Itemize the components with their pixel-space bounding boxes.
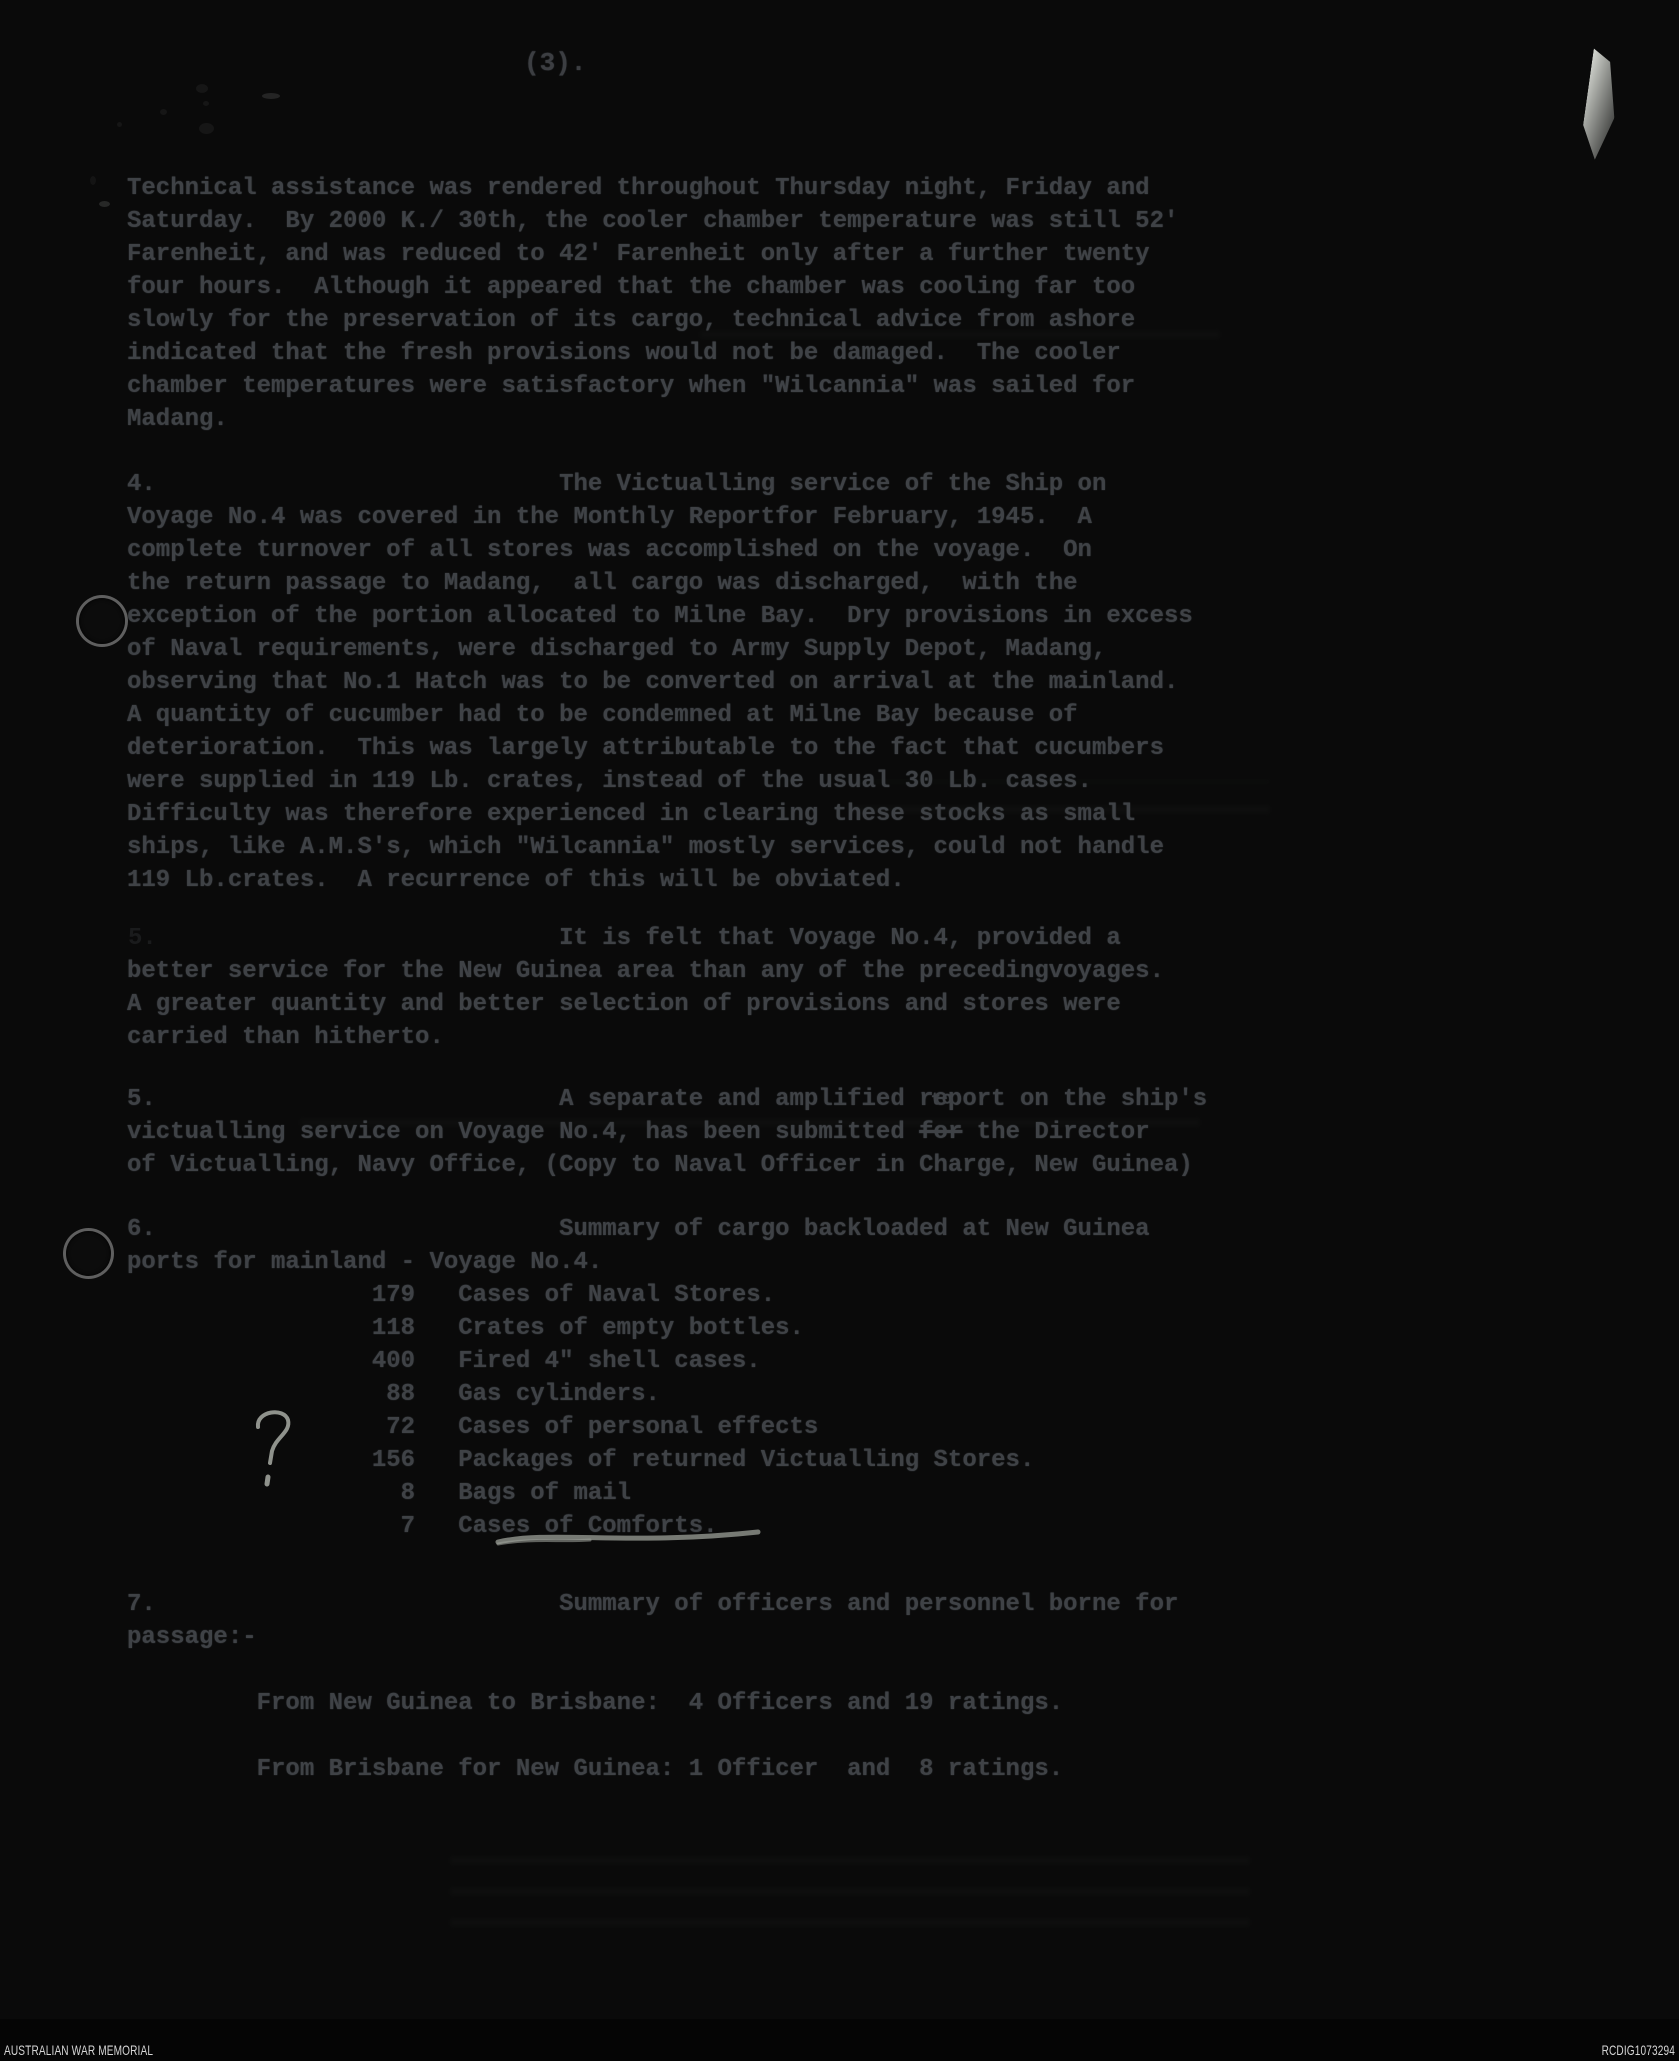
text-line: exception of the portion allocated to Mi… [127, 600, 1193, 633]
text-line: four hours. Although it appeared that th… [127, 271, 1178, 304]
text-line: 7. Summary of officers and personnel bor… [127, 1588, 1178, 1621]
ink-speck [203, 101, 209, 106]
text-line: 5. A separate and amplified report on th… [127, 1083, 1207, 1116]
text-line: the return passage to Madang, all cargo … [127, 567, 1193, 600]
footer-reference-id: RCDIG1073294 [1602, 2042, 1675, 2058]
text-line: chamber temperatures were satisfactory w… [127, 370, 1178, 403]
ink-speck [160, 109, 167, 115]
paragraph-unnumbered: It is felt that Voyage No.4, provided a … [127, 922, 1164, 1054]
pencil-question-mark [250, 1405, 300, 1495]
paragraph-intro: Technical assistance was rendered throug… [127, 172, 1178, 436]
ink-speck [90, 176, 96, 185]
text-line: It is felt that Voyage No.4, provided a [127, 922, 1164, 955]
text-line: better service for the New Guinea area t… [127, 955, 1164, 988]
text-line: Technical assistance was rendered throug… [127, 172, 1178, 205]
bleedthrough-smudge [450, 1838, 1250, 1948]
ink-speck [196, 84, 208, 93]
cargo-list-item: 400 Fired 4" shell cases. [127, 1345, 1150, 1378]
footer-bar: AUSTRALIAN WAR MEMORIAL RCDIG1073294 [0, 2019, 1679, 2061]
text-line: indicated that the fresh provisions woul… [127, 337, 1178, 370]
text-line: victualling service on Voyage No.4, has … [127, 1116, 1207, 1149]
text-line: carried than hitherto. [127, 1021, 1164, 1054]
text-line: deterioration. This was largely attribut… [127, 732, 1193, 765]
text-line: A quantity of cucumber had to be condemn… [127, 699, 1193, 732]
footer-archive-label: AUSTRALIAN WAR MEMORIAL [4, 2042, 153, 2058]
text-line: Madang. [127, 403, 1178, 436]
text-line: ships, like A.M.S's, which "Wilcannia" m… [127, 831, 1193, 864]
text-line: Farenheit, and was reduced to 42' Farenh… [127, 238, 1178, 271]
text-segment: the Director [962, 1119, 1149, 1146]
paragraph-5: 5. A separate and amplified report on th… [127, 1083, 1207, 1182]
text-line: 119 Lb.crates. A recurrence of this will… [127, 864, 1193, 897]
paragraph-4: 4. The Victualling service of the Ship o… [127, 468, 1193, 897]
text-line [127, 1720, 1178, 1753]
struck-word: for [919, 1119, 962, 1146]
paragraph-7: 7. Summary of officers and personnel bor… [127, 1588, 1178, 1786]
text-line: A greater quantity and better selection … [127, 988, 1164, 1021]
text-line: passage:- [127, 1621, 1178, 1654]
text-line: From Brisbane for New Guinea: 1 Officer … [127, 1753, 1178, 1786]
cargo-list-item: 118 Crates of empty bottles. [127, 1312, 1150, 1345]
text-line: 6. Summary of cargo backloaded at New Gu… [127, 1213, 1150, 1246]
text-line: 4. The Victualling service of the Ship o… [127, 468, 1193, 501]
text-segment: victualling service on Voyage No.4, has … [127, 1119, 919, 1146]
text-line: observing that No.1 Hatch was to be conv… [127, 666, 1193, 699]
text-line: of Victualling, Navy Office, (Copy to Na… [127, 1149, 1207, 1182]
ink-speck [262, 93, 280, 99]
ink-speck [99, 201, 110, 207]
text-line: were supplied in 119 Lb. crates, instead… [127, 765, 1193, 798]
ink-speck [199, 123, 214, 134]
text-line: slowly for the preservation of its cargo… [127, 304, 1178, 337]
text-line: ports for mainland - Voyage No.4. [127, 1246, 1150, 1279]
text-line: Difficulty was therefore experienced in … [127, 798, 1193, 831]
text-line: complete turnover of all stores was acco… [127, 534, 1193, 567]
text-line: From New Guinea to Brisbane: 4 Officers … [127, 1687, 1178, 1720]
text-line [127, 1654, 1178, 1687]
document-scan: (3). Technical assistance was rendered t… [0, 0, 1679, 2061]
cargo-list-item: 179 Cases of Naval Stores. [127, 1279, 1150, 1312]
typed-correction: to [930, 1089, 954, 1111]
pencil-underline [490, 1524, 770, 1558]
punch-hole [66, 1231, 111, 1276]
punch-hole [79, 598, 125, 644]
page-number: (3). [524, 48, 586, 78]
ink-speck [117, 122, 122, 127]
text-line: Saturday. By 2000 K./ 30th, the cooler c… [127, 205, 1178, 238]
text-line: of Naval requirements, were discharged t… [127, 633, 1193, 666]
text-line: Voyage No.4 was covered in the Monthly R… [127, 501, 1193, 534]
